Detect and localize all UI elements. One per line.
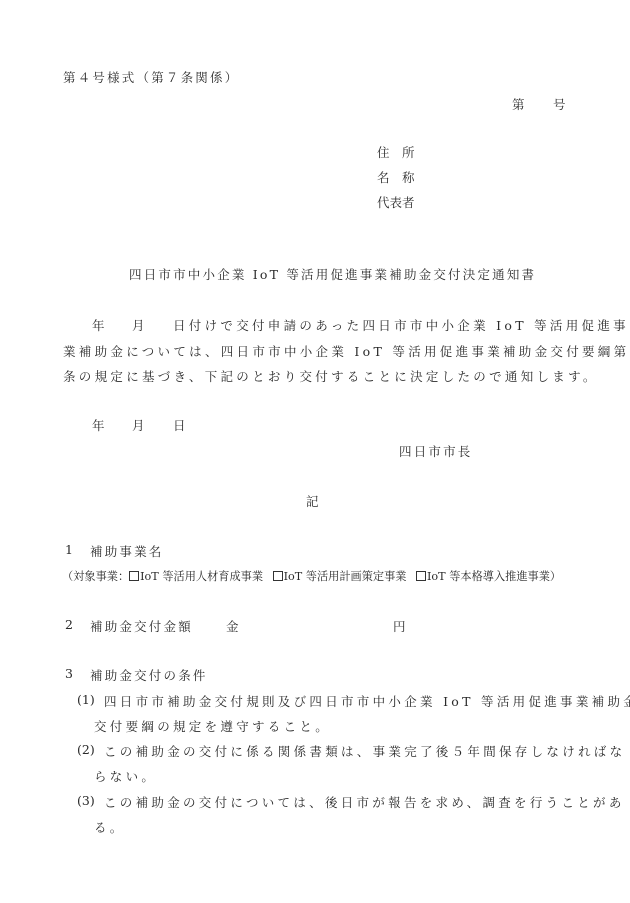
document-title: 四日市市中小企業 IoT 等活用促進事業補助金交付決定通知書 <box>129 265 536 283</box>
amount-yen: 円 <box>393 617 406 635</box>
name-label: 名 称 <box>377 168 415 186</box>
condition-3-line-1: この補助金の交付については、後日市が報告を求め、調査を行うことがあ <box>104 793 625 811</box>
section-2-label: 補助金交付金額 <box>90 617 193 635</box>
document-number-prefix: 第 <box>512 95 525 113</box>
document-number-suffix: 号 <box>553 95 566 113</box>
ki-marker: 記 <box>306 492 319 510</box>
representative-label: 代表者 <box>377 193 415 211</box>
section-1-label: 補助事業名 <box>90 542 164 560</box>
condition-2-line-2: らない。 <box>94 767 157 785</box>
address-label: 住 所 <box>377 143 415 161</box>
date-month: 月 <box>132 416 145 434</box>
section-3-label: 補助金交付の条件 <box>90 666 208 684</box>
option-plan-formulation: IoT 等活用計画策定事業 <box>284 570 407 583</box>
section-1-number: 1 <box>65 542 73 557</box>
target-prefix: （対象事業： <box>62 570 129 583</box>
target-projects: （対象事業：IoT 等活用人材育成事業 IoT 等活用計画策定事業 IoT 等本… <box>62 568 561 584</box>
checkbox-plan-formulation[interactable] <box>273 571 283 581</box>
condition-3-number: (3) <box>77 793 95 808</box>
option-full-introduction: IoT 等本格導入推進事業 <box>427 570 550 583</box>
form-number: 第４号様式（第７条関係） <box>63 68 239 86</box>
condition-1-number: (1) <box>77 692 95 707</box>
date-year: 年 <box>92 416 105 434</box>
condition-1-line-1: 四日市市補助金交付規則及び四日市市中小企業 IoT 等活用促進事業補助金 <box>104 692 630 710</box>
body-line-1: 日付けで交付申請のあった四日市市中小企業 IoT 等活用促進事 <box>173 316 629 334</box>
body-line-2: 業補助金については、四日市市中小企業 IoT 等活用促進事業補助金交付要綱第７ <box>63 342 630 360</box>
condition-2-line-1: この補助金の交付に係る関係書類は、事業完了後５年間保存しなければな <box>104 742 625 760</box>
body-month: 月 <box>132 316 145 334</box>
date-day: 日 <box>173 416 186 434</box>
checkbox-full-introduction[interactable] <box>416 571 426 581</box>
issuer-name: 四日市市長 <box>399 442 473 460</box>
body-line-3: 条の規定に基づき、下記のとおり交付することに決定したので通知します。 <box>63 367 599 385</box>
body-year: 年 <box>92 316 105 334</box>
condition-3-line-2: る。 <box>94 818 126 836</box>
checkbox-hr-development[interactable] <box>129 571 139 581</box>
amount-kin: 金 <box>226 617 239 635</box>
notice-document: 第４号様式（第７条関係） 第 号 住 所 名 称 代表者 四日市市中小企業 Io… <box>0 0 630 903</box>
option-hr-development: IoT 等活用人材育成事業 <box>140 570 263 583</box>
condition-2-number: (2) <box>77 742 95 757</box>
section-2-number: 2 <box>65 617 73 632</box>
target-suffix: ） <box>550 570 561 583</box>
section-3-number: 3 <box>65 666 73 681</box>
condition-1-line-2: 交付要綱の規定を遵守すること。 <box>94 717 331 735</box>
